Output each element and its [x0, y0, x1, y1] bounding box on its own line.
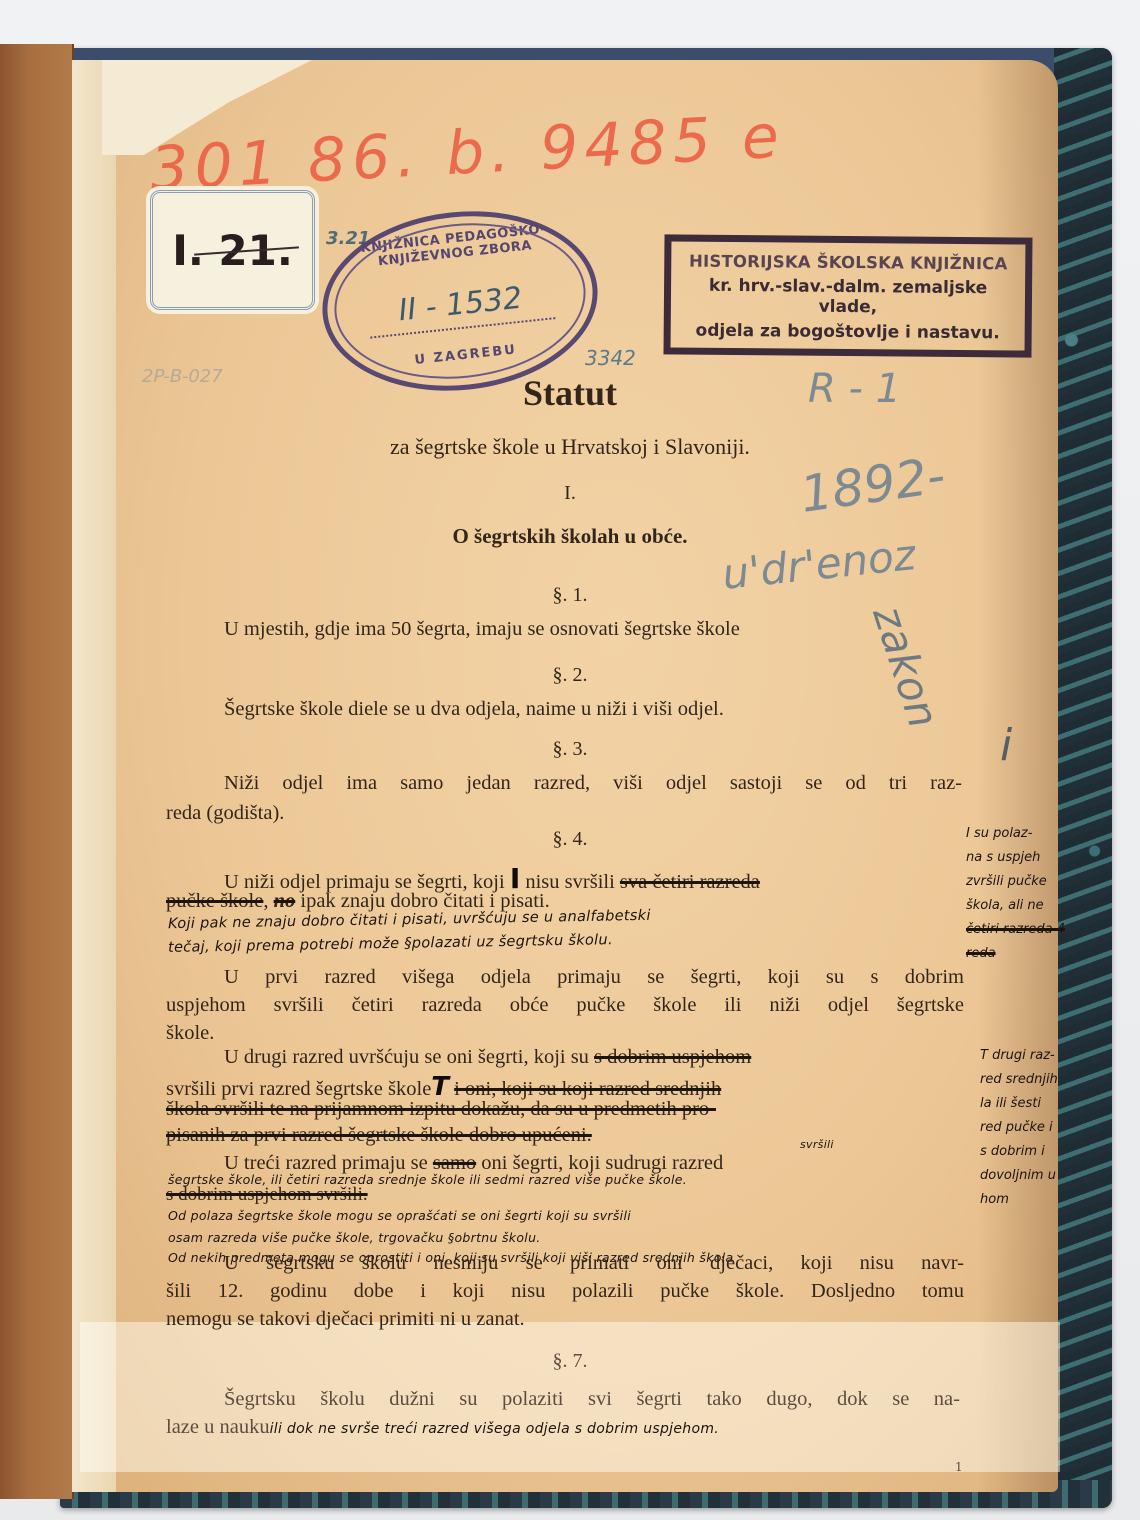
section-4-p4-line2: s dobrim uspjehom svršili. [166, 1184, 368, 1206]
page-mark: 1 [955, 1460, 963, 1474]
cover-marble-edge [1054, 48, 1112, 1508]
section-7-line-2: laze u naukuili dok ne svrše treći razre… [166, 1416, 719, 1439]
rect-stamp-line-3: odjela za bogoštovlje i nastavu. [679, 321, 1017, 344]
handwritten-insert-4: Od polaza šegrtske škole mogu se oprašća… [168, 1208, 631, 1223]
handwritten-above-svrsili: svršili [800, 1138, 834, 1151]
shelf-label-sticker: I. 21. [150, 190, 315, 310]
struck-text: pučke škole [166, 890, 263, 912]
oval-stamp-dotted-line [370, 317, 555, 338]
section-3-line-2: reda (godišta). [166, 802, 284, 825]
chapter-number: I. [0, 482, 1140, 505]
section-7-line-1: Šegrtsku školu dužni su polaziti svi šeg… [224, 1388, 960, 1411]
section-6-line-2: šili 12. godinu dobe i koji nisu polazil… [166, 1280, 964, 1303]
section-sign-2: §. 2. [0, 664, 1140, 687]
section-4-p2-line2: uspjehom svršili četiri razreda obće puč… [166, 994, 964, 1017]
document-title: Statut [0, 372, 1140, 414]
struck-text: i oni, koji su koji razred srednjih [454, 1078, 721, 1100]
margin-note-1: I su polaz- na s uspjeh zvršili pučke šk… [966, 822, 1065, 966]
section-1-text: U mjestih, gdje ima 50 šegrta, imaju se … [224, 618, 740, 641]
historical-library-stamp: HISTORIJSKA ŠKOLSKA KNJIŽNICA kr. hrv.-s… [663, 234, 1032, 357]
handwritten-insert-7: ili dok ne svrše treći razred višega odj… [270, 1421, 719, 1437]
oval-stamp-number: II - 1532 [326, 273, 594, 336]
struck-text: sva četiri razreda [620, 871, 760, 893]
inner-cover-board [0, 44, 74, 1499]
section-4-p3-line1: U drugi razred uvršćuju se oni šegrti, k… [224, 1046, 751, 1069]
section-4-p3-line3: škola svršili te na prijamnom izpitu dok… [166, 1098, 716, 1121]
chapter-title: O šegrtskih školah u obće. [0, 524, 1140, 549]
section-sign-7: §. 7. [0, 1350, 1140, 1373]
struck-text: no [274, 890, 296, 912]
section-sign-1: §. 1. [0, 584, 1140, 607]
section-4-p3-line4: pisanih za prvi razred šegrtske škole do… [166, 1124, 592, 1147]
margin-note-2: T drugi raz- red srednjih la ili šesti r… [980, 1044, 1058, 1212]
struck-text: samo [433, 1152, 476, 1174]
shelf-label-text: I. 21. [172, 226, 293, 275]
section-4-p2-line1: U prvi razred višega odjela primaju se š… [224, 966, 964, 989]
section-3-line-1: Niži odjel ima samo jedan razred, viši o… [224, 772, 962, 795]
section-6-line-3: nemogu se takovi dječaci primiti ni u za… [166, 1308, 525, 1331]
pencil-code-3342: 3342 [585, 346, 636, 370]
page-binding-strip [72, 60, 116, 1492]
struck-text: s dobrim uspjehom [594, 1046, 751, 1068]
document-subtitle: za šegrtske škole u Hrvatskoj i Slavonij… [0, 434, 1140, 460]
rect-stamp-line-2: kr. hrv.-slav.-dalm. zemaljske vlade, [679, 276, 1017, 319]
rect-stamp-line-1: HISTORIJSKA ŠKOLSKA KNJIŽNICA [679, 252, 1017, 274]
section-sign-3: §. 3. [0, 738, 1140, 761]
section-2-text: Šegrtske škole diele se u dva odjela, na… [224, 698, 724, 721]
section-4-p2-line3: škole. [166, 1022, 214, 1045]
section-6-line-1: U šegrtsku školu nesmiju se primati oni … [224, 1252, 964, 1275]
handwritten-insert-5: osam razreda više pučke škole, trgovačku… [168, 1230, 541, 1245]
